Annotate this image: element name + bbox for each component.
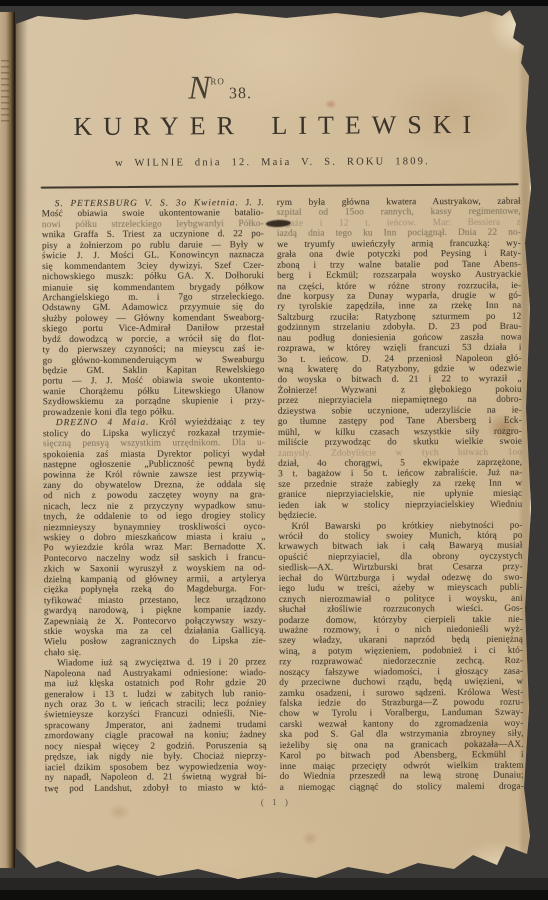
text-line: ieden iak w stolicy nieprzyiacielskiey W… xyxy=(278,499,522,511)
neighbor-page-text-marks xyxy=(1,60,9,126)
issue-number-value: 38. xyxy=(229,85,252,102)
text-line: chało się. xyxy=(44,647,266,659)
paper-crease xyxy=(522,68,528,802)
text-line: bydź dowodzcą w porcie, a wrócił się do … xyxy=(42,334,264,346)
masthead-rule xyxy=(41,183,519,188)
text-line: zany do obywatelow Drezna, że oddala się xyxy=(43,480,265,492)
text-line: Wiadome iuż są zwycięztwa d. 19 i 20 prz… xyxy=(44,658,266,670)
issue-number: NRO 38. xyxy=(0,69,478,109)
text-line: zboną i trzy walne batalie pod Tane Aben… xyxy=(277,259,521,271)
text-line: dy przeciwne duchowi rządu, będą uwięzie… xyxy=(279,677,523,689)
newspaper-page: NRO 38. KURYER LITEWSKI w WILNIE dnia 12… xyxy=(16,8,532,882)
text-line: następne ogłoszenie „Publiczność pewną b… xyxy=(43,459,265,471)
text-line: sięczną pensyą wszystkim urzędnikom. Dla… xyxy=(43,438,265,450)
text-line: mianuie się kommendantem brygady półkow xyxy=(42,282,264,294)
text-line: do woyska o bitwach d. 21 i 22 to wyrazi… xyxy=(278,374,522,386)
text-columns: S. PETERSBURG V. S. 3o Kwietnia. J. J.Mo… xyxy=(42,197,524,794)
text-line: ma iuż klęska ostatnich pod Rohr gdzie 2… xyxy=(44,678,266,690)
masthead-dateline: w WILNIE dnia 12. Maia V. S. ROKU 1809. xyxy=(14,156,530,170)
text-line: ny napadł, Napoleon d. 21 świetną wygrał… xyxy=(45,772,267,784)
text-line: tnych, że oddalenie to od iego drogiey s… xyxy=(43,511,265,523)
text-line: zamysły. Zdobyliście w tych bitwach 1oo xyxy=(278,447,522,459)
text-line: Pontecorvo naczelny wodz sił saskich i f… xyxy=(44,553,266,565)
text-line: Karol po bitwach pod Abensberg, Eckmühl … xyxy=(280,750,524,762)
text-line: ty do pierwszey czynności; na mieyscu za… xyxy=(42,344,264,356)
text-line: nau podług doniesienia gońcow zaszła now… xyxy=(277,332,521,344)
text-line: go tłumne zastępy pod Tane Abersberg i E… xyxy=(278,416,522,428)
text-line: nowi półku strzeleckiego leybgwardyi Pół… xyxy=(42,219,264,231)
text-line: DREZNO 4 Maia. Król wyieżdżaiąc z tey xyxy=(43,417,265,429)
text-line: gwardyą narodową, i piękne kompanie iazd… xyxy=(44,605,266,617)
page-number: ( 1 ) xyxy=(18,796,534,809)
text-line: dzieystwa sobie uczynione, uderzyliście … xyxy=(278,405,522,417)
text-line: ciężka popłynęła rzeką do Magdeburga. Fo… xyxy=(44,584,266,596)
text-line: uważne rozmowy, i o nich niedonieśli wyż… xyxy=(279,624,523,636)
text-line: stkie woyska ma za cel działania Gallicy… xyxy=(44,626,266,638)
masthead-title: KURYER LITEWSKI xyxy=(14,110,530,143)
text-line: prowadzenie koni dla tego półku. xyxy=(43,407,265,419)
text-line: twę pod Landshut, zdobył to miasto w któ… xyxy=(45,783,267,795)
text-line: rozprawa, w którey wzięli francuzi 53 dz… xyxy=(277,343,521,355)
issue-number-superscript: RO xyxy=(210,76,225,86)
left-column: S. PETERSBURG V. S. 3o Kwietnia. J. J.Mo… xyxy=(42,198,267,794)
text-line: a niemogąc ciągnąć do stolicy malemi dro… xyxy=(280,781,524,793)
text-line: iazdą dnia tego ku Inn pociągnął. Dnia 2… xyxy=(277,228,521,240)
text-line: na części, które w różne strony rozrzuci… xyxy=(277,281,521,293)
text-line: sze przednie straże zabiegły za rzekę In… xyxy=(278,478,522,490)
text-line: nocy niespał więcey 2 godziń. Poruszenia… xyxy=(45,741,267,753)
issue-number-script-n: N xyxy=(188,70,210,106)
text-line: nych oraz 3o t. w ieńcach stracili; lecz… xyxy=(44,699,266,711)
text-line: falska iedzie do Strazburga—Z powodu roz… xyxy=(279,697,523,709)
text-line: prędsze, iak nigdy nie były. Chociaż nie… xyxy=(45,752,267,764)
page-content: NRO 38. KURYER LITEWSKI w WILNIE dnia 12… xyxy=(14,7,535,884)
dateline-lead: DREZNO 4 Maia. xyxy=(56,418,159,429)
text-line: opuścić nieprzyiaciel, dla obrony oyczys… xyxy=(279,551,523,563)
newspaper-scan: NRO 38. KURYER LITEWSKI w WILNIE dnia 12… xyxy=(0,0,548,900)
text-line: będzie GM. Saklin Kapitan Rewelskiego xyxy=(43,365,265,377)
right-column: rym była główna kwatera Austryakow, zabr… xyxy=(277,197,524,793)
text-line: się kommendantem 3ciey dywizyi. Szef Cze… xyxy=(42,260,264,272)
text-line: nichowskiego muszk: półku GA. X. Dołhoru… xyxy=(42,271,264,283)
text-line: słuchał złośliwie rozrzuconych wieści. G… xyxy=(279,604,523,616)
text-line: portu — J. J. Mość obiawia swoie ukonten… xyxy=(43,376,265,388)
text-line: iego ludu w treści, ażeby w mieyscach pu… xyxy=(279,583,523,595)
text-line: zkich w Saxonii wyruszył z woyskiem na o… xyxy=(44,564,266,576)
text-line: Wielu posłow zagranicznych do Lipska zie… xyxy=(44,636,266,648)
text-line: do Wiednia przeszedł na lewą stronę Duna… xyxy=(280,771,524,783)
text-line: rzy rozprawować niedorzecznie zechcą. Ro… xyxy=(279,656,523,668)
neighbor-page-edge xyxy=(0,12,15,868)
text-line: siedlisk—AX. Wirtzburski brat Cesarza pr… xyxy=(279,562,523,574)
text-line: od nich z powodu zaczętey woyny na gra- xyxy=(43,490,265,502)
